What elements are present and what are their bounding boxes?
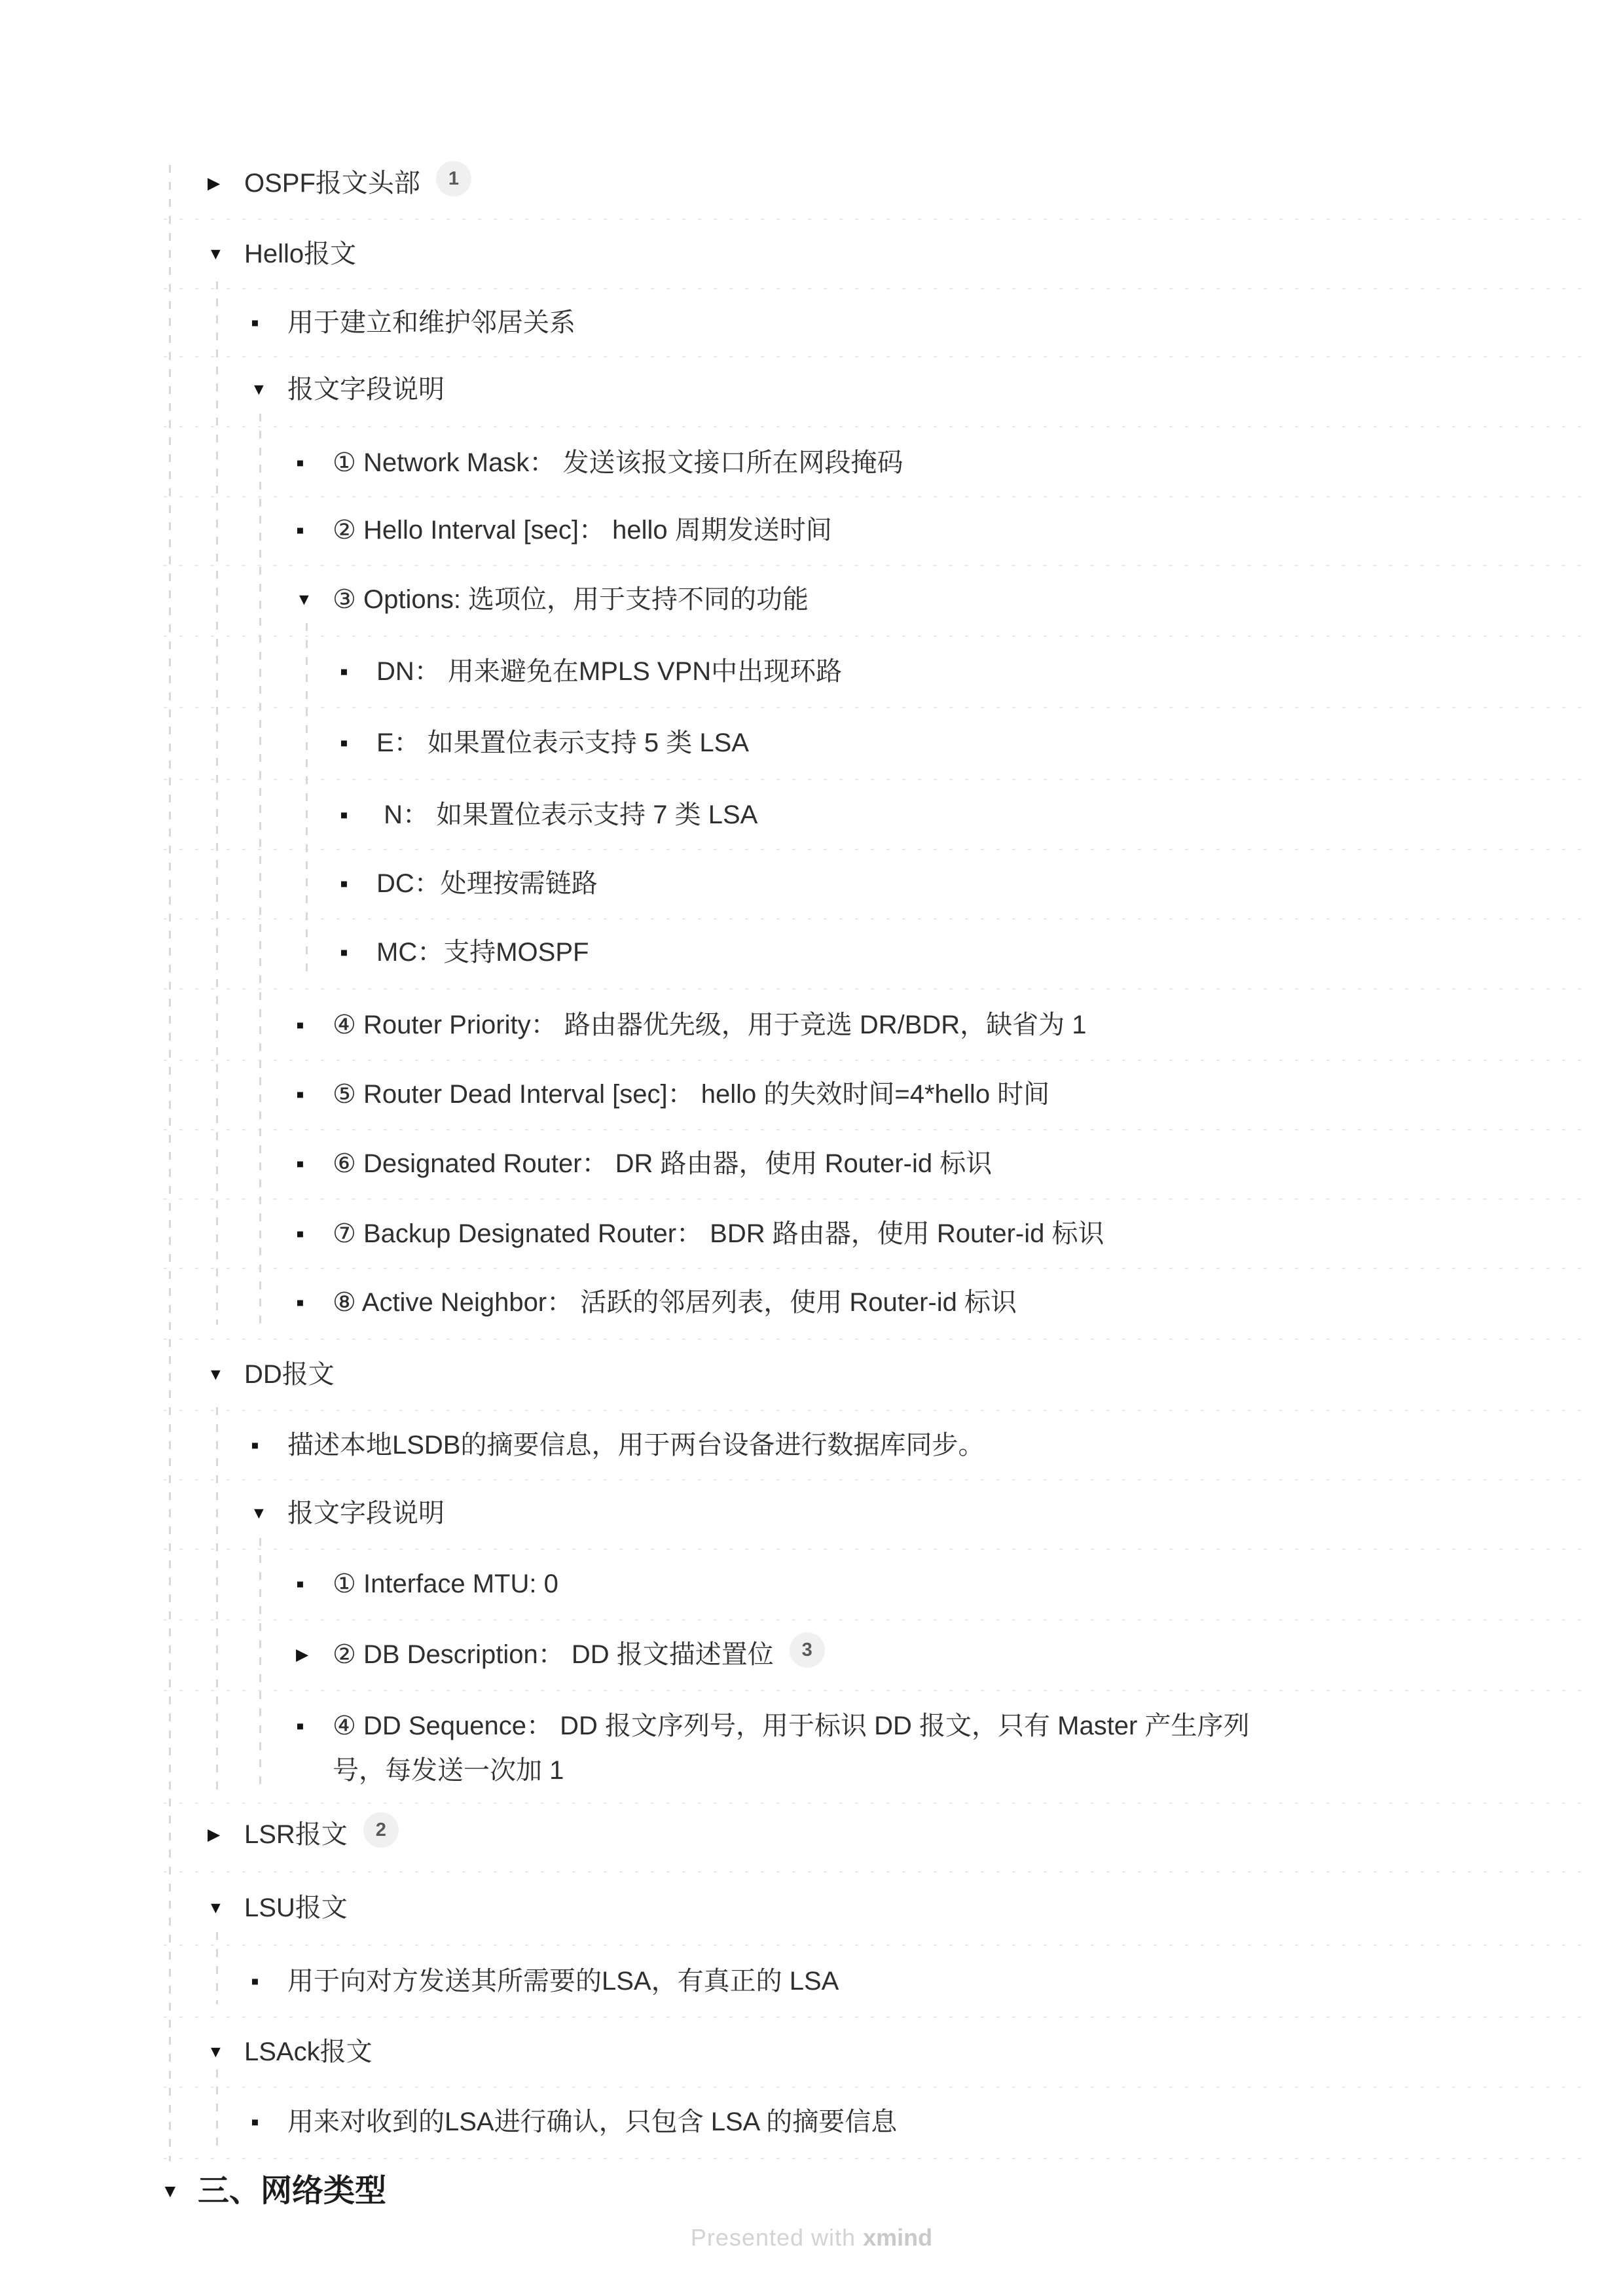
- outline-item-text: DD报文: [244, 1352, 335, 1397]
- outline-item-text: LSAck报文: [244, 2030, 373, 2074]
- watermark: Presented with xmind: [0, 2224, 1623, 2251]
- bullet-icon: ▪: [251, 300, 287, 345]
- indent-guide: [259, 1538, 261, 1793]
- bullet-icon: ▪: [251, 1959, 287, 2003]
- bullet-icon: ▪: [251, 1423, 287, 1467]
- outline-item[interactable]: ▼ ③ Options: 选项位，用于支持不同的功能: [296, 577, 1277, 622]
- outline-item-text: ⑧ Active Neighbor： 活跃的邻居列表，使用 Router-id …: [333, 1280, 1017, 1325]
- row-separator: [164, 849, 1591, 850]
- row-separator: [164, 2087, 1591, 2088]
- bullet-icon: ▪: [296, 1280, 333, 1325]
- outline-item[interactable]: ▪ 用于向对方发送其所需要的LSA，有真正的 LSA: [251, 1959, 1277, 2003]
- outline-item-text: ② DB Description： DD 报文描述置位: [333, 1632, 774, 1677]
- row-separator: [164, 1268, 1591, 1269]
- outline-item[interactable]: ▪ E： 如果置位表示支持 5 类 LSA: [340, 721, 1277, 765]
- outline-item[interactable]: ▪ ① Network Mask： 发送该报文接口所在网段掩码: [296, 440, 1277, 485]
- collapsed-arrow-icon[interactable]: ▶: [208, 161, 244, 206]
- indent-guide: [216, 2070, 218, 2145]
- watermark-text: Presented with: [691, 2224, 863, 2251]
- row-separator: [164, 496, 1591, 497]
- outline-item[interactable]: ▪ ⑦ Backup Designated Router： BDR 路由器，使用…: [296, 1211, 1277, 1256]
- outline-item-text: ⑦ Backup Designated Router： BDR 路由器，使用 R…: [333, 1211, 1104, 1256]
- row-separator: [164, 1619, 1591, 1621]
- row-separator: [164, 219, 1591, 220]
- outline-item-text: ④ DD Sequence： DD 报文序列号，用于标识 DD 报文，只有 Ma…: [333, 1704, 1277, 1793]
- outline-item[interactable]: ▪ 用来对收到的LSA进行确认，只包含 LSA 的摘要信息: [251, 2100, 1277, 2144]
- outline-item-text: ② Hello Interval [sec]： hello 周期发送时间: [333, 508, 832, 552]
- outline-item-text: Hello报文: [244, 232, 356, 276]
- outline-item-text: LSU报文: [244, 1886, 348, 1930]
- indent-guide: [216, 1932, 218, 2004]
- indent-guide: [169, 165, 171, 2161]
- outline-item-text: LSR报文: [244, 1812, 348, 1857]
- bullet-icon: ▪: [296, 1072, 333, 1117]
- bullet-icon: ▪: [340, 793, 376, 837]
- outline-item[interactable]: ▪ ① Interface MTU: 0: [296, 1562, 1277, 1606]
- xmind-logo: xmind: [863, 2224, 932, 2251]
- row-separator: [164, 707, 1591, 708]
- row-separator: [164, 1060, 1591, 1061]
- outline-item-text: 描述本地LSDB的摘要信息，用于两台设备进行数据库同步。: [287, 1423, 985, 1467]
- indent-guide: [259, 414, 261, 1325]
- outline-item[interactable]: ▪ ⑥ Designated Router： DR 路由器，使用 Router-…: [296, 1141, 1277, 1186]
- outline-item[interactable]: ▶ ② DB Description： DD 报文描述置位 3: [296, 1632, 1277, 1677]
- outline-item[interactable]: ▼ 报文字段说明: [251, 1491, 1277, 1535]
- outline-item-text: ⑤ Router Dead Interval [sec]： hello 的失效时…: [333, 1072, 1049, 1117]
- count-badge: 2: [363, 1812, 399, 1848]
- row-separator: [164, 1198, 1591, 1200]
- expanded-arrow-icon[interactable]: ▼: [208, 1352, 244, 1397]
- bullet-icon: ▪: [340, 721, 376, 765]
- outline-item[interactable]: ▪ 描述本地LSDB的摘要信息，用于两台设备进行数据库同步。: [251, 1423, 1277, 1467]
- row-separator: [164, 1945, 1591, 1946]
- row-separator: [164, 2158, 1591, 2159]
- section-heading-text: 三、网络类型: [198, 2166, 386, 2216]
- outline-item-text: DC：处理按需链路: [376, 861, 598, 906]
- expanded-arrow-icon[interactable]: ▼: [251, 367, 287, 412]
- expanded-arrow-icon[interactable]: ▼: [208, 2030, 244, 2074]
- expanded-arrow-icon[interactable]: ▼: [208, 232, 244, 276]
- outline-item[interactable]: ▪ MC：支持MOSPF: [340, 930, 1277, 975]
- outline-item-text: MC：支持MOSPF: [376, 930, 589, 975]
- indent-guide: [216, 1407, 218, 1793]
- row-separator: [164, 1549, 1591, 1550]
- outline-item[interactable]: ▼ 报文字段说明: [251, 367, 1277, 412]
- outline-item[interactable]: ▪ ② Hello Interval [sec]： hello 周期发送时间: [296, 508, 1277, 552]
- expanded-arrow-icon[interactable]: ▼: [208, 1886, 244, 1930]
- row-separator: [164, 565, 1591, 566]
- bullet-icon: ▪: [296, 1562, 333, 1606]
- outline-item[interactable]: ▪ N： 如果置位表示支持 7 类 LSA: [340, 793, 1277, 837]
- row-separator: [164, 1479, 1591, 1480]
- row-separator: [164, 636, 1591, 637]
- bullet-icon: ▪: [340, 861, 376, 906]
- outline-item-text: OSPF报文头部: [244, 161, 420, 206]
- outline-item[interactable]: ▶ OSPF报文头部 1: [208, 161, 1277, 206]
- outline-item-text: E： 如果置位表示支持 5 类 LSA: [376, 721, 749, 765]
- collapsed-arrow-icon[interactable]: ▶: [208, 1812, 244, 1857]
- outline-item-text: ⑥ Designated Router： DR 路由器，使用 Router-id…: [333, 1141, 992, 1186]
- row-separator: [164, 1410, 1591, 1411]
- bullet-icon: ▪: [251, 2100, 287, 2144]
- outline-item[interactable]: ▼ LSAck报文: [208, 2030, 1277, 2074]
- indent-guide: [306, 623, 308, 974]
- outline-item[interactable]: ▼ DD报文: [208, 1352, 1277, 1397]
- row-separator: [164, 1129, 1591, 1130]
- outline-item-text: 报文字段说明: [287, 367, 445, 412]
- outline-item-text: ④ Router Priority： 路由器优先级，用于竞选 DR/BDR，缺省…: [333, 1003, 1087, 1047]
- expanded-arrow-icon[interactable]: ▼: [251, 1491, 287, 1535]
- outline-item-text: DN： 用来避免在MPLS VPN中出现环路: [376, 649, 842, 694]
- row-separator: [164, 779, 1591, 780]
- row-separator: [164, 356, 1591, 357]
- outline-item-text: N： 如果置位表示支持 7 类 LSA: [376, 793, 757, 837]
- outline-item[interactable]: ▪ ⑤ Router Dead Interval [sec]： hello 的失…: [296, 1072, 1277, 1117]
- outline-item-section-heading[interactable]: ▼ 三、网络类型: [161, 2166, 1277, 2216]
- outline-item-text: ① Interface MTU: 0: [333, 1562, 558, 1606]
- count-badge: 3: [790, 1632, 825, 1668]
- bullet-icon: ▪: [296, 1003, 333, 1047]
- bullet-icon: ▪: [340, 930, 376, 975]
- bullet-icon: ▪: [296, 1704, 333, 1748]
- bullet-icon: ▪: [296, 508, 333, 552]
- outline-item[interactable]: ▶ LSR报文 2: [208, 1812, 1277, 1857]
- outline-item[interactable]: ▪ ④ DD Sequence： DD 报文序列号，用于标识 DD 报文，只有 …: [296, 1704, 1277, 1793]
- row-separator: [164, 1338, 1591, 1340]
- count-badge: 1: [436, 161, 471, 196]
- bullet-icon: ▪: [296, 440, 333, 485]
- outline-item-text: 用于建立和维护邻居关系: [287, 300, 575, 345]
- bullet-icon: ▪: [296, 1141, 333, 1186]
- row-separator: [164, 918, 1591, 920]
- outline-item[interactable]: ▪ DC：处理按需链路: [340, 861, 1277, 906]
- outline-item-text: 报文字段说明: [287, 1491, 445, 1535]
- collapsed-arrow-icon[interactable]: ▶: [296, 1632, 333, 1677]
- outline-item[interactable]: ▼ LSU报文: [208, 1886, 1277, 1930]
- bullet-icon: ▪: [296, 1211, 333, 1256]
- outline-item-text: 用来对收到的LSA进行确认，只包含 LSA 的摘要信息: [287, 2100, 897, 2144]
- row-separator: [164, 426, 1591, 427]
- row-separator: [164, 288, 1591, 289]
- row-separator: [164, 2017, 1591, 2018]
- expanded-arrow-icon[interactable]: ▼: [296, 577, 333, 622]
- outline-item[interactable]: ▪ ④ Router Priority： 路由器优先级，用于竞选 DR/BDR，…: [296, 1003, 1277, 1047]
- outline-page: { "icons": { "collapsed": "▶", "expanded…: [0, 0, 1623, 2296]
- expanded-arrow-icon[interactable]: ▼: [161, 2166, 198, 2216]
- row-separator: [164, 1803, 1591, 1804]
- outline-item-text: ① Network Mask： 发送该报文接口所在网段掩码: [333, 440, 903, 485]
- outline-item[interactable]: ▼ Hello报文: [208, 232, 1277, 276]
- outline-item[interactable]: ▪ 用于建立和维护邻居关系: [251, 300, 1277, 345]
- row-separator: [164, 1690, 1591, 1691]
- row-separator: [164, 988, 1591, 990]
- outline-item-text: 用于向对方发送其所需要的LSA，有真正的 LSA: [287, 1959, 839, 2003]
- row-separator: [164, 1871, 1591, 1873]
- bullet-icon: ▪: [340, 649, 376, 694]
- outline-item[interactable]: ▪ DN： 用来避免在MPLS VPN中出现环路: [340, 649, 1277, 694]
- outline-item[interactable]: ▪ ⑧ Active Neighbor： 活跃的邻居列表，使用 Router-i…: [296, 1280, 1277, 1325]
- outline-item-text: ③ Options: 选项位，用于支持不同的功能: [333, 577, 809, 622]
- indent-guide: [216, 281, 218, 1325]
